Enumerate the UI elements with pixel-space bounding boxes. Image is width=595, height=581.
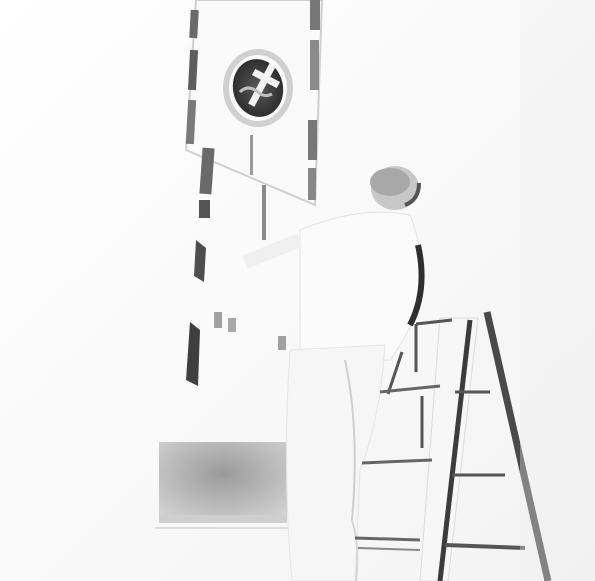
photograph: A man standing on a wooden stepladder in…	[0, 0, 595, 581]
textured-glass-pane	[155, 442, 300, 528]
photo-illustration	[0, 0, 595, 581]
